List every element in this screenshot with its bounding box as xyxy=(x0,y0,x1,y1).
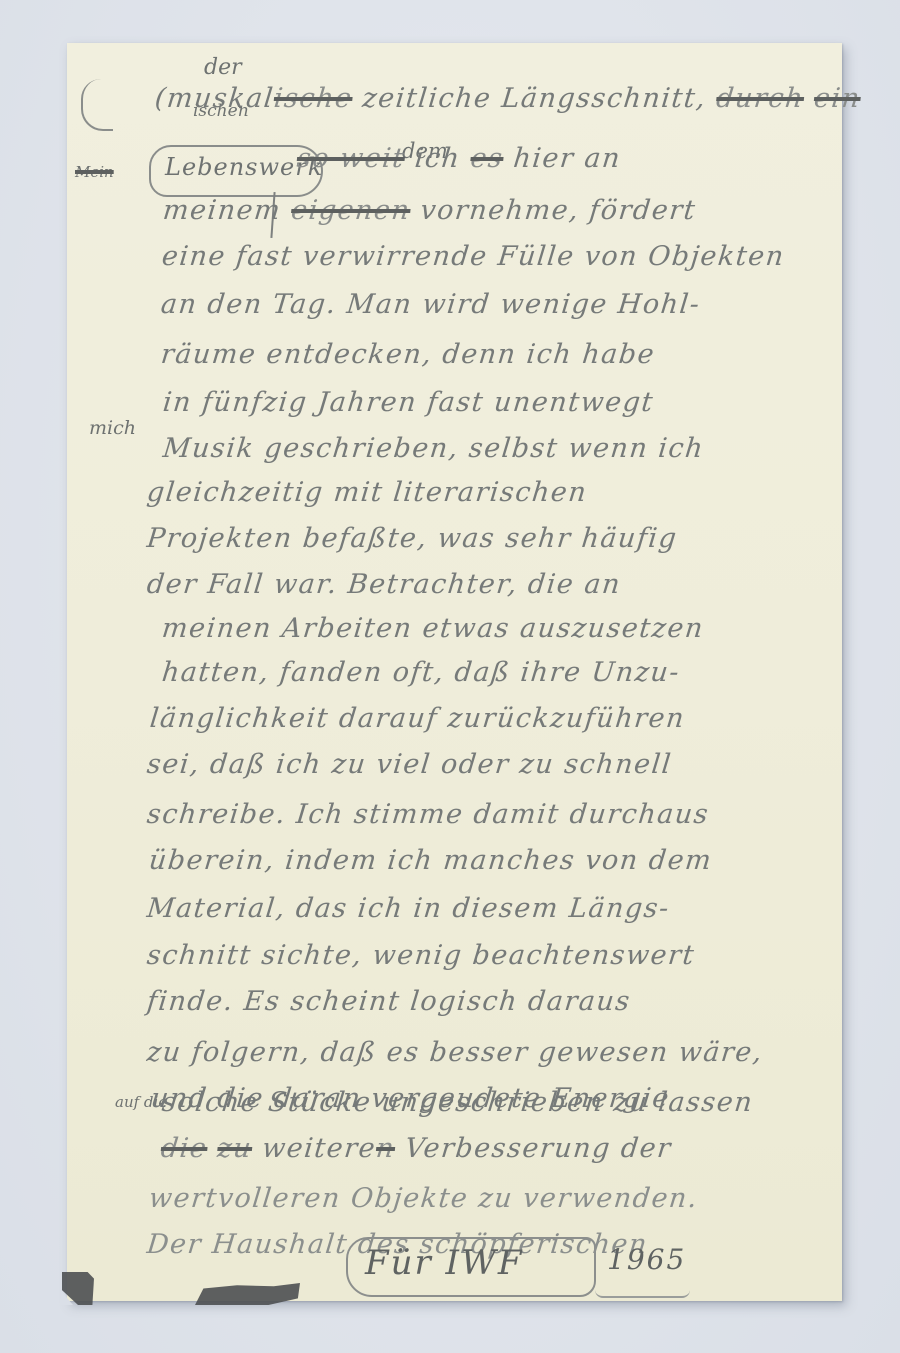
manuscript-line: hatten, fanden oft, daß ihre Unzu- xyxy=(160,657,681,688)
manuscript-line: länglichkeit darauf zurückzuführen xyxy=(148,703,686,734)
struck-word: es xyxy=(469,143,505,174)
text-run: Verbesserung der xyxy=(393,1133,673,1164)
year-underline-mark xyxy=(595,1290,690,1298)
manuscript-line: meinem eigenen vornehme, fördert xyxy=(161,195,697,226)
manuscript-page: der ischen Lebenswerk Mein dem mich auf … xyxy=(67,43,842,1301)
manuscript-line: der Fall war. Betrachter, die an xyxy=(145,569,622,600)
text-run: zu folgern, daß es besser gewesen wäre, xyxy=(145,1037,764,1068)
manuscript-line: gleichzeitig mit literarischen xyxy=(145,477,589,508)
text-run: weitere xyxy=(250,1133,377,1164)
manuscript-line: die zu weiteren Verbesserung der xyxy=(159,1133,673,1164)
text-run: der Fall war. Betrachter, die an xyxy=(145,569,622,600)
opening-bracket-mark xyxy=(81,79,113,131)
struck-word: so weit xyxy=(295,143,406,174)
struck-word: die xyxy=(159,1133,209,1164)
manuscript-line: meinen Arbeiten etwas auszusetzen xyxy=(160,613,705,644)
manuscript-line: finde. Es scheint logisch daraus xyxy=(145,986,632,1017)
manuscript-line: schreibe. Ich stimme damit durchaus xyxy=(145,799,710,830)
manuscript-line: überein, indem ich manches von dem xyxy=(147,845,714,876)
text-run: länglichkeit darauf zurückzuführen xyxy=(148,703,686,734)
boxed-note-text: Für IWF xyxy=(365,1243,524,1283)
manuscript-line: Musik geschrieben, selbst wenn ich xyxy=(161,433,705,464)
text-run: (muskal xyxy=(153,83,275,114)
text-run: überein, indem ich manches von dem xyxy=(147,845,714,876)
text-run: Musik geschrieben, selbst wenn ich xyxy=(161,433,705,464)
manuscript-line: wertvolleren Objekte zu verwenden. xyxy=(147,1183,699,1214)
manuscript-line: so weit ich es hier an xyxy=(295,143,622,174)
insertion-der: der xyxy=(204,55,242,80)
manuscript-line: Projekten befaßte, was sehr häufig xyxy=(145,523,679,554)
text-run: eine fast verwirrende Fülle von Objekten xyxy=(160,241,786,272)
text-run: Projekten befaßte, was sehr häufig xyxy=(145,523,679,554)
text-run: schnitt sichte, wenig beachtenswert xyxy=(145,940,696,971)
struck-word: zu xyxy=(216,1133,254,1164)
manuscript-line: zu folgern, daß es besser gewesen wäre, xyxy=(145,1037,764,1068)
margin-note-mich: mich xyxy=(89,417,136,439)
text-run: ich xyxy=(403,143,472,174)
struck-margin-word: Mein xyxy=(75,163,114,181)
struck-word: ische xyxy=(272,83,354,114)
text-run: hier an xyxy=(502,143,623,174)
manuscript-line: (muskalische zeitliche Längsschnitt, dur… xyxy=(153,83,862,114)
manuscript-line: in fünfzig Jahren fast unentwegt xyxy=(161,387,655,418)
text-run: schreibe. Ich stimme damit durchaus xyxy=(145,799,710,830)
struck-word: durch xyxy=(715,83,806,114)
manuscript-line: schnitt sichte, wenig beachtenswert xyxy=(145,940,696,971)
manuscript-line: eine fast verwirrende Fülle von Objekten xyxy=(160,241,786,272)
manuscript-line: und die daran vergeudete Energie xyxy=(149,1083,671,1114)
text-run: wertvolleren Objekte zu verwenden. xyxy=(147,1183,699,1214)
date-year: 1965 xyxy=(607,1243,686,1276)
struck-word: eigenen xyxy=(290,195,412,226)
text-run: meinen Arbeiten etwas auszusetzen xyxy=(160,613,705,644)
text-run: Material, das ich in diesem Längs- xyxy=(145,893,671,924)
struck-word: ein xyxy=(812,83,862,114)
text-run: zeitliche Längsschnitt, xyxy=(351,83,718,114)
text-run: vornehme, fördert xyxy=(409,195,698,226)
text-run: und die daran vergeudete Energie xyxy=(149,1083,671,1114)
text-run: gleichzeitig mit literarischen xyxy=(145,477,589,508)
text-run: finde. Es scheint logisch daraus xyxy=(145,986,632,1017)
text-run: hatten, fanden oft, daß ihre Unzu- xyxy=(160,657,681,688)
manuscript-line: räume entdecken, denn ich habe xyxy=(159,339,656,370)
text-run: meinem xyxy=(161,195,293,226)
text-run: räume entdecken, denn ich habe xyxy=(159,339,656,370)
text-run: sei, daß ich zu viel oder zu schnell xyxy=(145,749,673,780)
text-run: in fünfzig Jahren fast unentwegt xyxy=(161,387,655,418)
text-run: an den Tag. Man wird wenige Hohl- xyxy=(159,289,702,320)
manuscript-line: Material, das ich in diesem Längs- xyxy=(145,893,671,924)
manuscript-line: sei, daß ich zu viel oder zu schnell xyxy=(145,749,673,780)
manuscript-line: an den Tag. Man wird wenige Hohl- xyxy=(159,289,702,320)
